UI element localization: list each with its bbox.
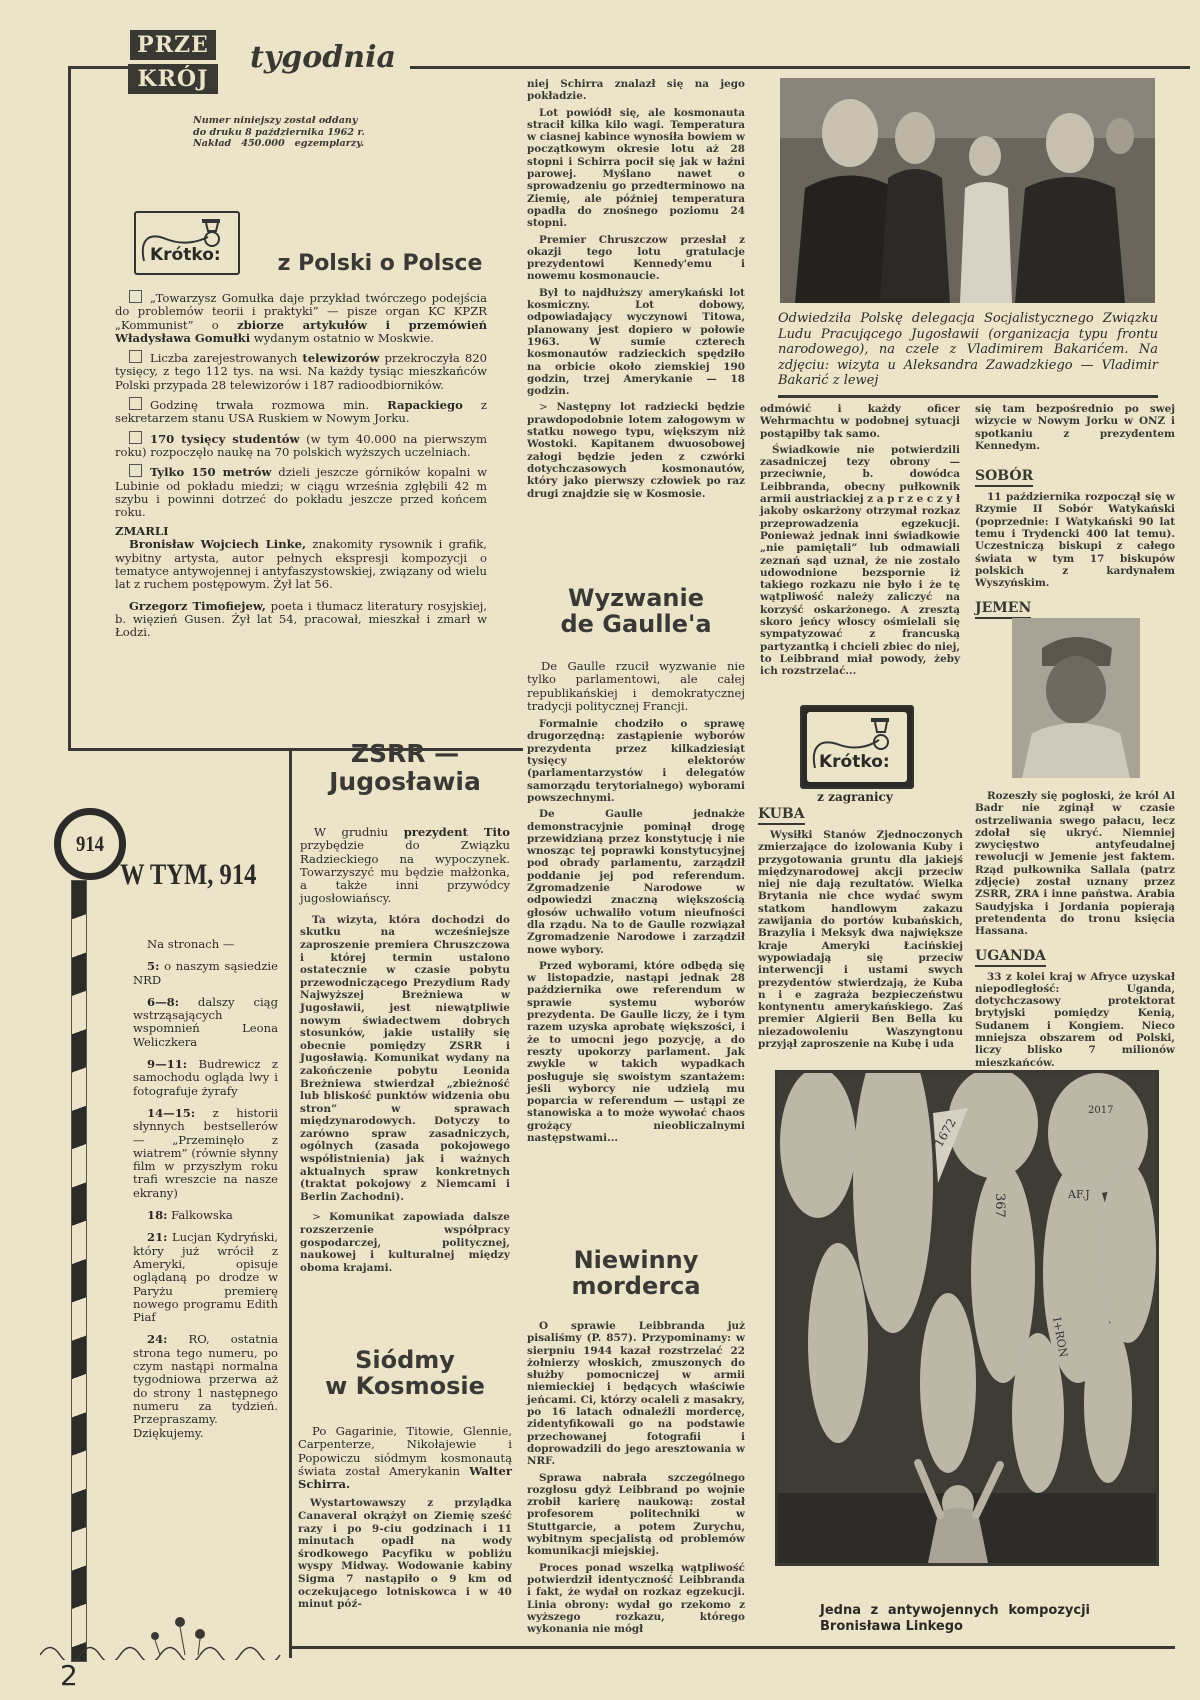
jemen-photo — [1012, 618, 1140, 778]
murderer-title: Niewinny morderca — [527, 1247, 745, 1300]
zsrr-lead: W grudniu prezydent Tito przybędzie do Z… — [300, 826, 510, 906]
zsrr-para: Ta wizyta, która dochodzi do skutku na w… — [300, 914, 510, 1204]
issue-item: 9—11: Budrewicz z samochodu ogląda lwy i… — [133, 1058, 278, 1098]
issue-item: 21: Lucjan Kydryński, który już wrócił z… — [133, 1231, 278, 1324]
delegation-photo-caption: Odwiedziła Polskę delegacja Socjalistycz… — [778, 311, 1158, 389]
arrow-bullet-icon: > — [312, 1211, 329, 1223]
space-continued: niej Schirra znalazł się na jego pokładz… — [527, 78, 745, 504]
krotko-badge-abroad: Krótko: — [800, 705, 914, 789]
issue-intro: Na stronach — — [133, 938, 278, 951]
murderer-para: Proces ponad wszelką wątpliwość potwierd… — [527, 1562, 745, 1636]
issue-item: 6—8: dalszy ciąg wstrząsających wspomnie… — [133, 996, 278, 1049]
jemen-uganda-block: Rozeszły się pogłoski, że król Al Badr n… — [975, 790, 1175, 1073]
checkbox-bullet-icon — [129, 397, 142, 410]
poland-news-list: „Towarzysz Gomułka daje przykład twórcze… — [115, 290, 487, 645]
degaulle-para: De Gaulle jednakże demonstracyjnie pomin… — [527, 808, 745, 956]
poland-section-title: z Polski o Polsce — [270, 252, 490, 276]
checkbox-bullet-icon — [129, 431, 142, 444]
header-rule-right — [410, 66, 1190, 69]
murderer-para: Świadkowie nie potwierdzili zasadniczej … — [760, 444, 960, 678]
obituary-item: Grzegorz Timofiejew, poeta i tłumacz lit… — [115, 600, 487, 640]
kuba-block: KUBA Wysiłki Stanów Zjednoczonych zmierz… — [758, 803, 963, 1054]
krotko-label: Krótko: — [150, 245, 221, 265]
poland-news-item: Liczba zarejestrowanych telewizorów prze… — [115, 350, 487, 392]
obituary-item: Bronisław Wojciech Linke, znakomity ryso… — [115, 538, 487, 591]
svg-text:367: 367 — [992, 1193, 1007, 1218]
murderer-body: O sprawie Leibbranda już pisaliśmy (P. 8… — [527, 1320, 745, 1639]
delegation-photo-image — [780, 78, 1155, 303]
space-para: Lot powiódł się, ale kosmonauta stracił … — [527, 107, 745, 230]
space-body: Po Gagarinie, Titowie, Glennie, Carpente… — [298, 1425, 512, 1616]
uganda-para: 33 z kolei kraj w Afryce uzyskał niepodl… — [975, 971, 1175, 1069]
space-title: Siódmy w Kosmosie — [300, 1347, 510, 1400]
degaulle-lead: De Gaulle rzucił wyzwanie nie tylko parl… — [527, 660, 745, 713]
jemen-heading: JEMEN — [975, 600, 1031, 619]
page-number: 2 — [60, 1660, 78, 1692]
issue-item: 14—15: z historii słynnych bestsellerów … — [133, 1107, 278, 1200]
imprint-line2: do druku 8 października 1962 r. — [193, 127, 398, 139]
space-para-cont: niej Schirra znalazł się na jego pokładz… — [527, 78, 745, 103]
poland-news-item: Tylko 150 metrów dzieli jeszcze górników… — [115, 464, 487, 519]
issue-box-title: W TYM, 914 — [120, 858, 255, 892]
left-top-frame-line — [68, 66, 128, 69]
issue-item: 18: Falkowska — [133, 1209, 278, 1222]
murderer-para-cont: odmówić i każdy oficer Wehrmachtu w podo… — [760, 403, 960, 440]
zsrr-body: W grudniu prezydent Tito przybędzie do Z… — [300, 826, 510, 1279]
bombs-illustration: 1672 367 2017 AF.J I+RON — [778, 1073, 1156, 1563]
delegation-photo — [780, 78, 1155, 303]
artwork-caption: Jedna z antywojennych kompozycji Bronisł… — [820, 1603, 1090, 1635]
space-para: > Następny lot radziecki będzie prawdopo… — [527, 401, 745, 499]
bottom-rule-right — [775, 1646, 1175, 1649]
zsrr-title: ZSRR — Jugosławia — [300, 740, 510, 795]
space-para: Był to najdłuższy amerykański lot kosmic… — [527, 287, 745, 398]
logo-line1: PRZE — [130, 30, 216, 60]
abroad-right-top: się tam bezpośrednio po swej wizycie w N… — [975, 403, 1175, 623]
svg-text:2017: 2017 — [1088, 1105, 1113, 1116]
kuba-para: Wysiłki Stanów Zjednoczonych zmierzające… — [758, 829, 963, 1050]
sallal-portrait-image — [1012, 618, 1140, 778]
checkbox-bullet-icon — [129, 464, 142, 477]
grass-flowers-illustration — [40, 1600, 290, 1660]
abroad-section-title: z zagranicy — [780, 790, 930, 804]
checkbox-bullet-icon — [129, 290, 142, 303]
road-sign-pole — [71, 880, 87, 1662]
sign-number: 914 — [65, 815, 114, 873]
murderer-para: Sprawa nabrała szczególnego rozgłosu gdy… — [527, 1472, 745, 1558]
arrow-bullet-icon: > — [539, 401, 557, 413]
imprint-line3: Nakład 450.000 egzemplarzy. — [193, 138, 398, 150]
obituary-heading: ZMARLI — [115, 524, 487, 538]
kuba-heading: KUBA — [758, 806, 805, 825]
issue-box-right-border — [289, 748, 292, 1658]
poland-news-item: Godzinę trwała rozmowa min. Rapackiego z… — [115, 397, 487, 426]
degaulle-para: Formalnie chodziło o sprawę drugorzędną:… — [527, 718, 745, 804]
issue-contents: Na stronach — 5: o naszym sąsiedzie NRD … — [133, 938, 278, 1445]
sobor-heading: SOBÓR — [975, 468, 1033, 487]
checkbox-bullet-icon — [129, 350, 142, 363]
imprint: Numer niniejszy został oddany do druku 8… — [193, 115, 398, 150]
krotko-label: Krótko: — [819, 752, 890, 772]
issue-item: 24: RO, ostatnia strona tego numeru, po … — [133, 1333, 278, 1439]
issue-item: 5: o naszym sąsiedzie NRD — [133, 960, 278, 987]
murderer-continued: odmówić i każdy oficer Wehrmachtu w podo… — [760, 403, 960, 682]
space-para: Premier Chruszczow przesłał z okazji teg… — [527, 234, 745, 283]
degaulle-title: Wyzwanie de Gaulle'a — [527, 585, 745, 638]
zsrr-para: > Komunikat zapowiada dalsze rozszerzeni… — [300, 1211, 510, 1274]
uganda-heading: UGANDA — [975, 948, 1046, 967]
svg-text:AF.J: AF.J — [1067, 1188, 1090, 1201]
imprint-line1: Numer niniejszy został oddany — [193, 115, 398, 127]
space-lead: Po Gagarinie, Titowie, Glennie, Carpente… — [298, 1425, 512, 1491]
antiwar-artwork: 1672 367 2017 AF.J I+RON — [775, 1070, 1159, 1566]
bottom-rule-mid — [289, 1646, 779, 1649]
space-para: Wystartowawszy z przylądka Canaveral okr… — [298, 1497, 512, 1610]
poland-news-item: „Towarzysz Gomułka daje przykład twórcze… — [115, 290, 487, 345]
caption-rule — [778, 395, 1158, 398]
kuba-para-cont: się tam bezpośrednio po swej wizycie w N… — [975, 403, 1175, 452]
jemen-para: Rozeszły się pogłoski, że król Al Badr n… — [975, 790, 1175, 938]
road-sign-circle: 914 — [54, 808, 126, 880]
sobor-para: 11 października rozpoczął się w Rzymie I… — [975, 491, 1175, 589]
krotko-badge-inner: Krótko: — [807, 712, 907, 782]
degaulle-body: De Gaulle rzucił wyzwanie nie tylko parl… — [527, 660, 745, 1148]
murderer-para: O sprawie Leibbranda już pisaliśmy (P. 8… — [527, 1320, 745, 1468]
poland-news-item: 170 tysięcy studentów (w tym 40.000 na p… — [115, 431, 487, 460]
degaulle-para: Przed wyborami, które odbędą się w listo… — [527, 960, 745, 1144]
krotko-badge: Krótko: — [134, 211, 240, 275]
issue-box-border — [68, 748, 290, 751]
